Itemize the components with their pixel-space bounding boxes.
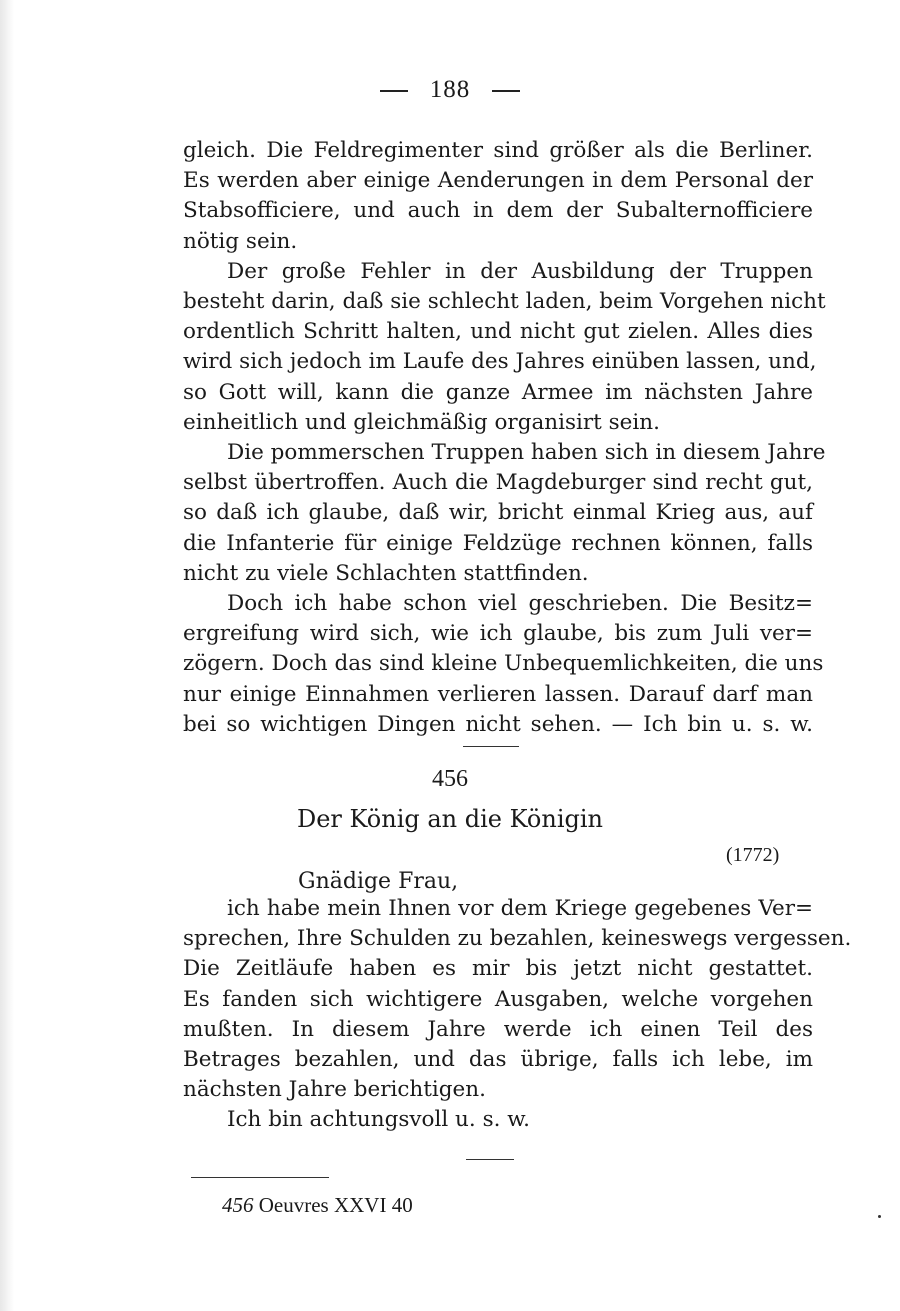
text-line: so daß ich glaube, daß wir, bricht einma… — [183, 498, 813, 528]
text-line: gleich. Die Feldregimenter sind größer a… — [183, 136, 813, 166]
text-line: besteht darin, daß sie schlecht laden, b… — [183, 287, 813, 317]
text-line: sprechen, Ihre Schulden zu bezahlen, kei… — [183, 924, 813, 954]
end-divider — [466, 1159, 514, 1160]
text-line: ich habe mein Ihnen vor dem Kriege gegeb… — [183, 894, 813, 924]
text-line: ordentlich Schritt halten, und nicht gut… — [183, 317, 813, 347]
text-line: Ich bin achtungsvoll u. s. w. — [183, 1105, 813, 1135]
text-line: Es werden aber einige Aenderungen in dem… — [183, 166, 813, 196]
text-line: Der große Fehler in der Ausbildung der T… — [183, 257, 813, 287]
text-line: zögern. Doch das sind kleine Unbequemlic… — [183, 649, 813, 679]
text-line: Die pommerschen Truppen haben sich in di… — [183, 438, 813, 468]
paragraph: Die pommerschen Truppen haben sich in di… — [183, 438, 813, 589]
text-line: selbst übertroffen. Auch die Magdeburger… — [183, 468, 813, 498]
previous-letter-continuation: gleich. Die Feldregimenter sind größer a… — [183, 136, 813, 740]
letter-date: (1772) — [726, 844, 779, 867]
footnote-text: Oeuvres XXVI 40 — [259, 1193, 413, 1217]
page-number-value: 188 — [430, 76, 471, 103]
text-line: wird sich jedoch im Laufe des Jahres ein… — [183, 347, 813, 377]
text-line: mußten. In diesem Jahre werde ich einen … — [183, 1015, 813, 1045]
footnote-rule — [191, 1177, 329, 1178]
letter-body: ich habe mein Ihnen vor dem Kriege gegeb… — [183, 894, 813, 1136]
text-line: Stabsofficiere, und auch in dem der Suba… — [183, 196, 813, 226]
text-line: Die Zeitläufe haben es mir bis jetzt nic… — [183, 954, 813, 984]
page-number-dash-left — [380, 90, 408, 92]
paragraph: Doch ich habe schon viel geschrieben. Di… — [183, 589, 813, 740]
text-line: Betrages bezahlen, und das übrige, falls… — [183, 1045, 813, 1075]
paragraph: Der große Fehler in der Ausbildung der T… — [183, 257, 813, 438]
letter-title: Der König an die Königin — [0, 805, 900, 833]
text-line: nur einige Einnahmen verlieren lassen. D… — [183, 680, 813, 710]
text-line: Doch ich habe schon viel geschrieben. Di… — [183, 589, 813, 619]
text-line: bei so wichtigen Dingen nicht sehen. — I… — [183, 710, 813, 740]
section-divider — [463, 746, 519, 747]
print-speck — [878, 1215, 881, 1218]
text-line: nächsten Jahre berichtigen. — [183, 1075, 813, 1105]
text-line: Es fanden sich wichtigere Ausgaben, welc… — [183, 985, 813, 1015]
letter-number: 456 — [0, 766, 900, 793]
text-line: nötig sein. — [183, 227, 813, 257]
letter-salutation: Gnädige Frau, — [298, 869, 458, 894]
scan-edge-shadow — [0, 0, 14, 1311]
text-line: nicht zu viele Schlachten stattfinden. — [183, 559, 813, 589]
text-line: so Gott will, kann die ganze Armee im nä… — [183, 378, 813, 408]
footnote: 456 Oeuvres XXVI 40 — [222, 1193, 413, 1218]
page-number-dash-right — [492, 90, 520, 92]
paragraph: ich habe mein Ihnen vor dem Kriege gegeb… — [183, 894, 813, 1105]
text-line: einheitlich und gleichmäßig organisirt s… — [183, 408, 813, 438]
text-line: die Infanterie für einige Feldzüge rechn… — [183, 529, 813, 559]
paragraph: gleich. Die Feldregimenter sind größer a… — [183, 136, 813, 257]
footnote-number: 456 — [222, 1193, 254, 1217]
paragraph: Ich bin achtungsvoll u. s. w. — [183, 1105, 813, 1135]
text-line: ergreifung wird sich, wie ich glaube, bi… — [183, 619, 813, 649]
page-number: 188 — [0, 76, 900, 104]
